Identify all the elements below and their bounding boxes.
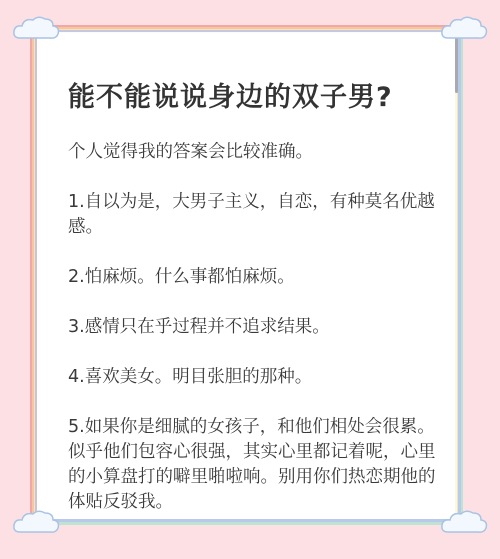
post-paragraph: 4.喜欢美女。明目张胆的那种。	[68, 365, 438, 390]
post-paragraph: 1.自以为是，大男子主义，自恋，有种莫名优越感。	[68, 190, 438, 240]
frame-border-top	[30, 25, 455, 33]
cloud-icon	[440, 508, 490, 538]
post-body: 个人觉得我的答案会比较准确。 1.自以为是，大男子主义，自恋，有种莫名优越感。 …	[68, 140, 438, 540]
scrollbar-thumb[interactable]	[455, 38, 458, 93]
cloud-icon	[12, 14, 62, 44]
post-paragraph: 个人觉得我的答案会比较准确。	[68, 140, 438, 165]
post-paragraph: 3.感情只在乎过程并不追求结果。	[68, 315, 438, 340]
post-paragraph: 5.如果你是细腻的女孩子，和他们相处会很累。似乎他们包容心很强，其实心里都记着呢…	[68, 415, 438, 515]
cloud-icon	[440, 14, 490, 44]
post-paragraph: 2.怕麻烦。什么事都怕麻烦。	[68, 265, 438, 290]
frame-border-right	[455, 30, 465, 530]
cloud-icon	[12, 508, 62, 538]
post-title: 能不能说说身边的双子男?	[68, 75, 393, 114]
frame-border-left	[30, 25, 39, 525]
